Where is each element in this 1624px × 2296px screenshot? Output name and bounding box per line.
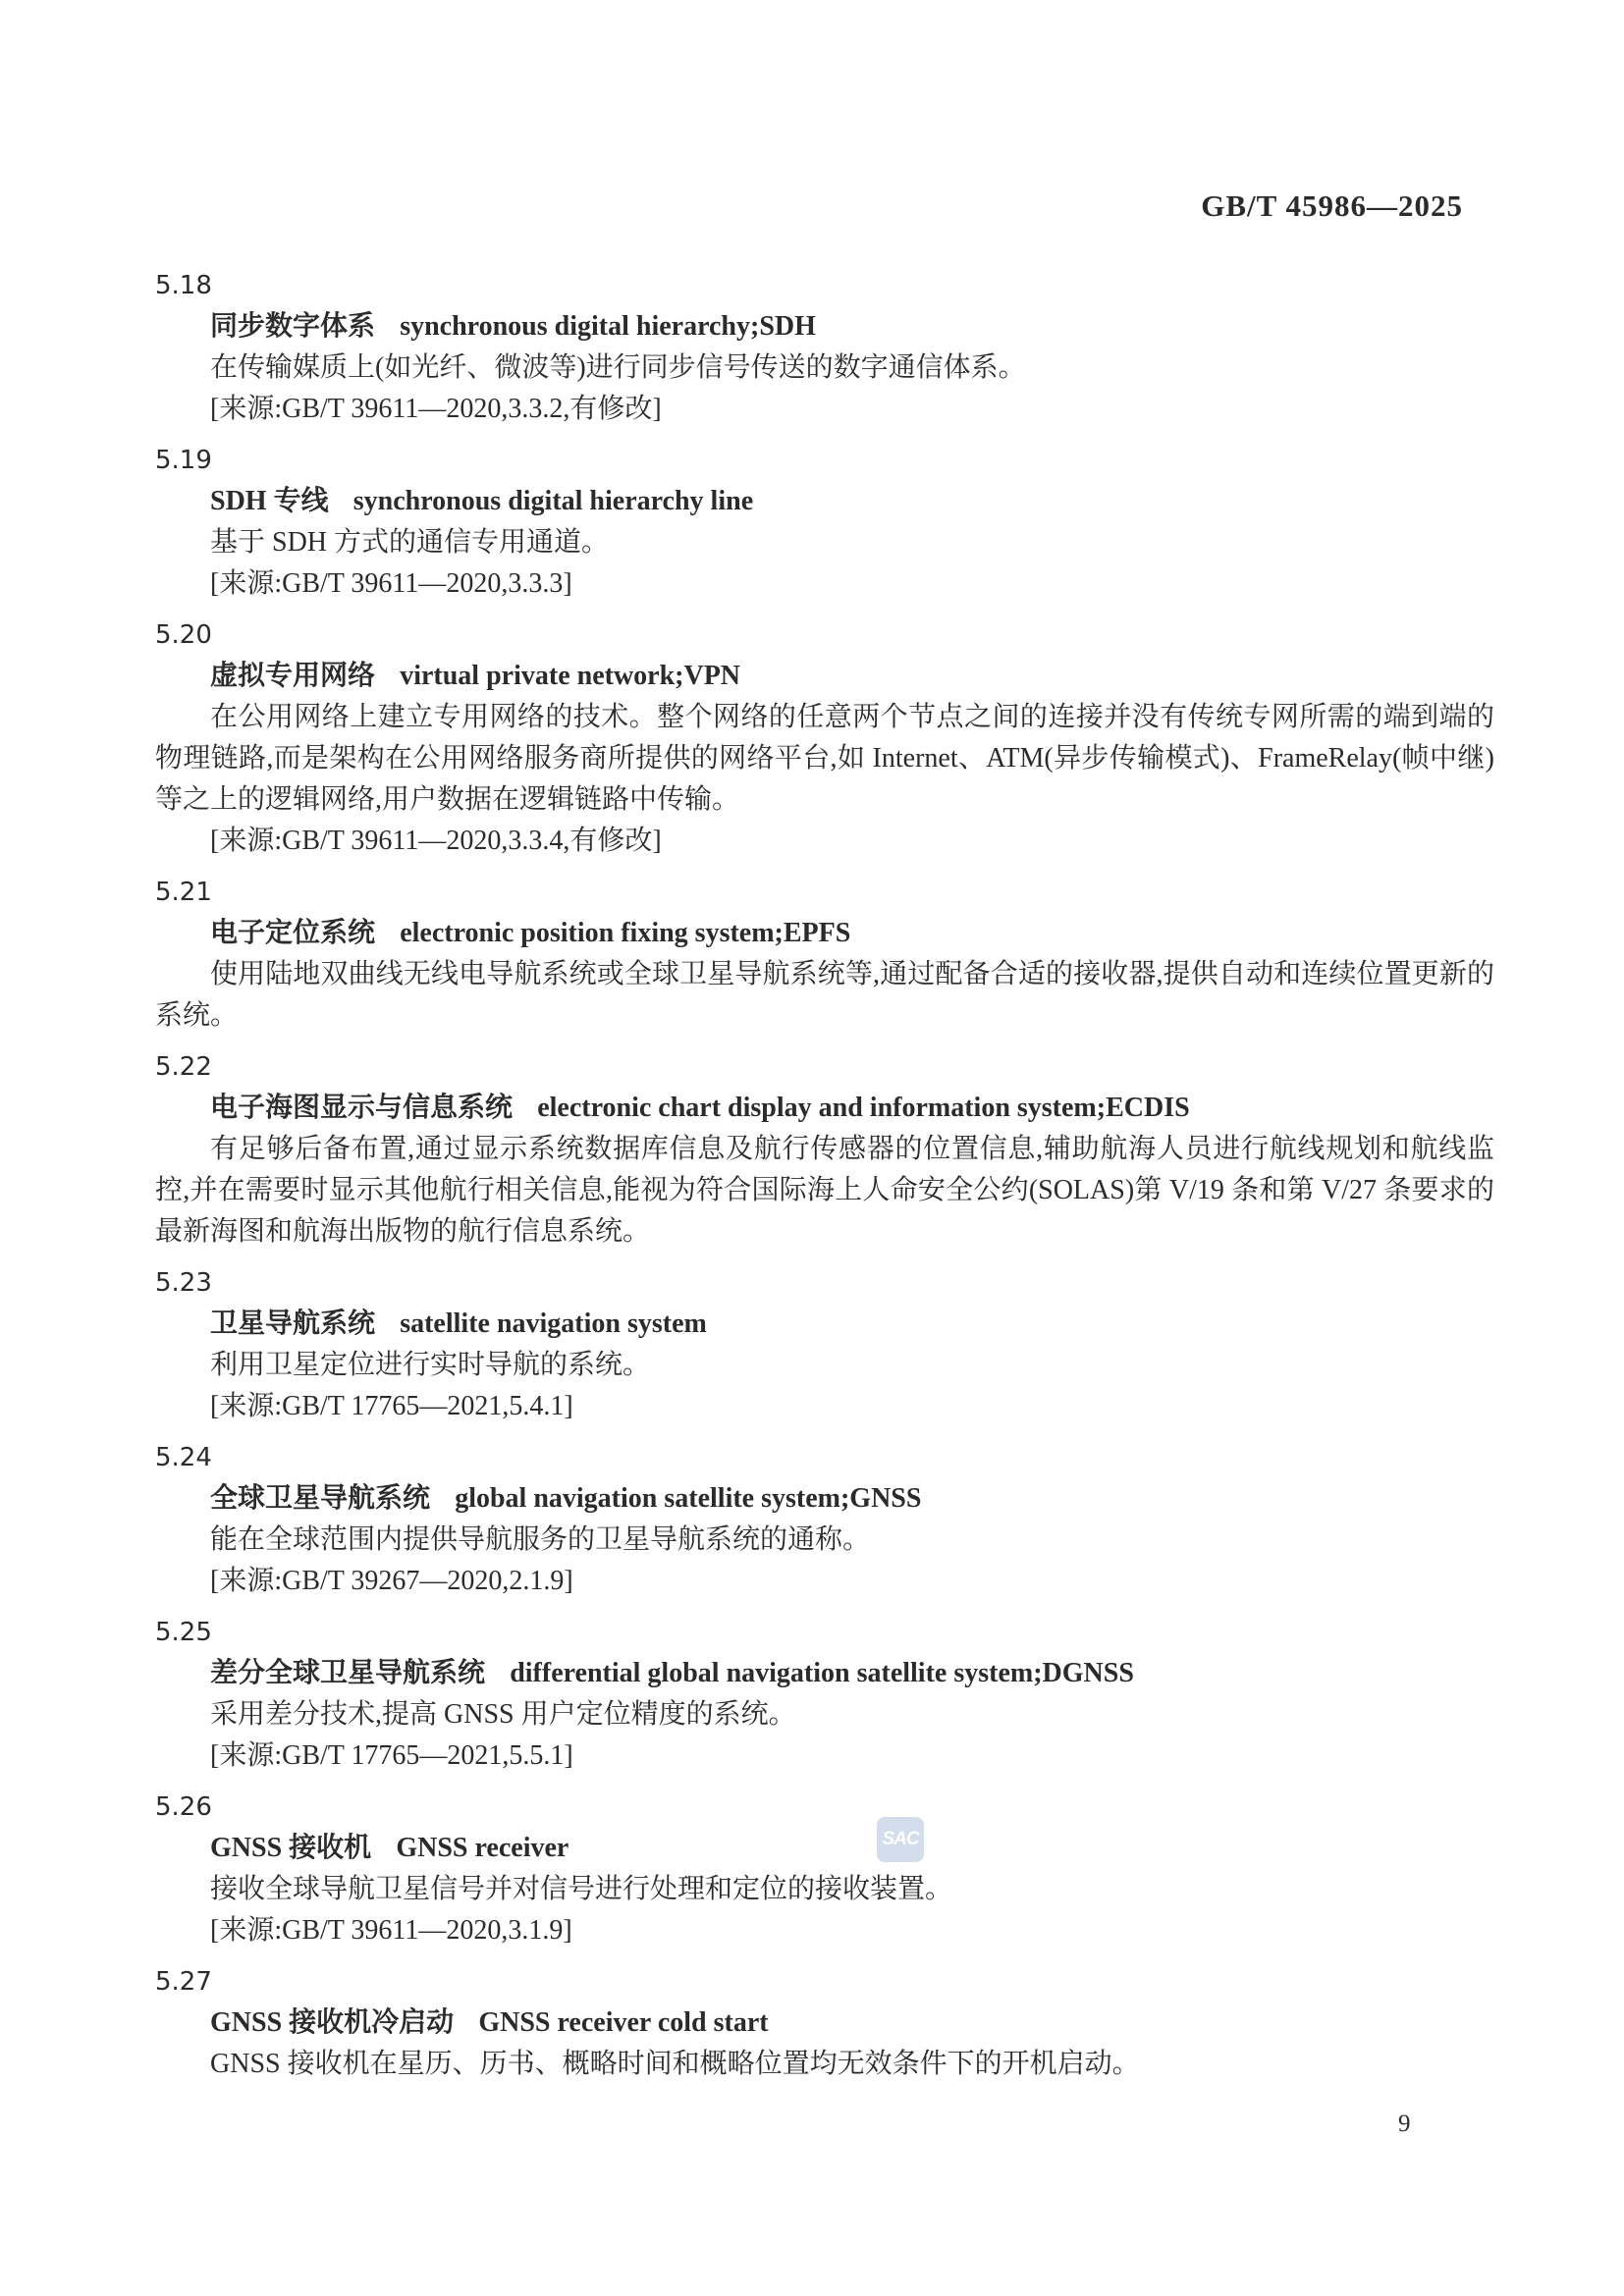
term-line: GNSS 接收机GNSS receiver: [155, 1828, 1494, 1869]
section-number: 5.18: [155, 265, 1494, 306]
term-definition: 利用卫星定位进行实时导航的系统。: [155, 1345, 1494, 1386]
term-definition: 基于 SDH 方式的通信专用通道。: [155, 522, 1494, 563]
term-section: 5.18同步数字体系synchronous digital hierarchy;…: [155, 265, 1494, 430]
term-english: GNSS receiver: [396, 1833, 568, 1863]
term-section: 5.27GNSS 接收机冷启动GNSS receiver cold startG…: [155, 1961, 1494, 2085]
term-section: 5.23卫星导航系统satellite navigation system利用卫…: [155, 1262, 1494, 1427]
term-line: 虚拟专用网络virtual private network;VPN: [155, 656, 1494, 697]
term-chinese: 虚拟专用网络: [210, 661, 375, 691]
term-section: 5.20虚拟专用网络virtual private network;VPN在公用…: [155, 614, 1494, 862]
term-english: global navigation satellite system;GNSS: [455, 1483, 921, 1514]
section-number: 5.21: [155, 872, 1494, 913]
term-definition: 使用陆地双曲线无线电导航系统或全球卫星导航系统等,通过配备合适的接收器,提供自动…: [155, 954, 1494, 1037]
term-source: [来源:GB/T 39611—2020,3.3.3]: [155, 563, 1494, 605]
term-chinese: GNSS 接收机: [210, 1833, 371, 1863]
term-chinese: 电子海图显示与信息系统: [210, 1093, 513, 1123]
term-chinese: 电子定位系统: [210, 918, 375, 948]
section-number: 5.22: [155, 1046, 1494, 1088]
term-source: [来源:GB/T 39267—2020,2.1.9]: [155, 1561, 1494, 1602]
term-section: 5.22电子海图显示与信息系统electronic chart display …: [155, 1046, 1494, 1253]
term-source: [来源:GB/T 39611—2020,3.1.9]: [155, 1910, 1494, 1951]
term-line: 同步数字体系synchronous digital hierarchy;SDH: [155, 306, 1494, 347]
section-number: 5.25: [155, 1612, 1494, 1653]
term-source: [来源:GB/T 39611—2020,3.3.2,有修改]: [155, 389, 1494, 430]
term-english: electronic position fixing system;EPFS: [400, 918, 850, 948]
term-line: 卫星导航系统satellite navigation system: [155, 1304, 1494, 1345]
section-number: 5.26: [155, 1787, 1494, 1828]
term-definition: 能在全球范围内提供导航服务的卫星导航系统的通称。: [155, 1520, 1494, 1561]
term-line: GNSS 接收机冷启动GNSS receiver cold start: [155, 2002, 1494, 2044]
section-number: 5.24: [155, 1437, 1494, 1478]
term-section: 5.24全球卫星导航系统global navigation satellite …: [155, 1437, 1494, 1602]
term-section: 5.21电子定位系统electronic position fixing sys…: [155, 872, 1494, 1037]
term-source: [来源:GB/T 17765—2021,5.4.1]: [155, 1386, 1494, 1427]
term-section: 5.19SDH 专线synchronous digital hierarchy …: [155, 440, 1494, 605]
document-header: GB/T 45986—2025: [1201, 188, 1463, 224]
term-english: satellite navigation system: [400, 1308, 707, 1339]
term-section: 5.25差分全球卫星导航系统differential global naviga…: [155, 1612, 1494, 1777]
section-number: 5.19: [155, 440, 1494, 481]
term-english: GNSS receiver cold start: [478, 2007, 768, 2038]
term-section: 5.26GNSS 接收机GNSS receiver接收全球导航卫星信号并对信号进…: [155, 1787, 1494, 1951]
term-english: synchronous digital hierarchy line: [353, 486, 753, 516]
terms-content: 5.18同步数字体系synchronous digital hierarchy;…: [155, 265, 1494, 2085]
term-line: 电子海图显示与信息系统electronic chart display and …: [155, 1088, 1494, 1129]
term-source: [来源:GB/T 17765—2021,5.5.1]: [155, 1735, 1494, 1777]
term-definition: 采用差分技术,提高 GNSS 用户定位精度的系统。: [155, 1694, 1494, 1735]
term-line: SDH 专线synchronous digital hierarchy line: [155, 481, 1494, 522]
term-line: 电子定位系统electronic position fixing system;…: [155, 913, 1494, 954]
term-english: synchronous digital hierarchy;SDH: [400, 311, 816, 342]
term-english: electronic chart display and information…: [537, 1093, 1189, 1123]
section-number: 5.23: [155, 1262, 1494, 1304]
term-line: 差分全球卫星导航系统differential global navigation…: [155, 1653, 1494, 1694]
doc-number: GB/T 45986—2025: [1201, 188, 1463, 223]
term-chinese: SDH 专线: [210, 486, 329, 516]
term-chinese: 全球卫星导航系统: [210, 1483, 430, 1514]
term-definition: 有足够后备布置,通过显示系统数据库信息及航行传感器的位置信息,辅助航海人员进行航…: [155, 1129, 1494, 1253]
term-definition: 接收全球导航卫星信号并对信号进行处理和定位的接收装置。: [155, 1869, 1494, 1910]
term-source: [来源:GB/T 39611—2020,3.3.4,有修改]: [155, 821, 1494, 862]
term-chinese: 卫星导航系统: [210, 1308, 375, 1339]
term-english: differential global navigation satellite…: [510, 1658, 1134, 1688]
section-number: 5.27: [155, 1961, 1494, 2002]
term-english: virtual private network;VPN: [400, 661, 740, 691]
page-number: 9: [1398, 2110, 1411, 2138]
term-definition: 在公用网络上建立专用网络的技术。整个网络的任意两个节点之间的连接并没有传统专网所…: [155, 697, 1494, 821]
term-chinese: 差分全球卫星导航系统: [210, 1658, 485, 1688]
term-chinese: GNSS 接收机冷启动: [210, 2007, 454, 2038]
term-chinese: 同步数字体系: [210, 311, 375, 342]
term-line: 全球卫星导航系统global navigation satellite syst…: [155, 1478, 1494, 1520]
term-definition: GNSS 接收机在星历、历书、概略时间和概略位置均无效条件下的开机启动。: [155, 2044, 1494, 2085]
term-definition: 在传输媒质上(如光纤、微波等)进行同步信号传送的数字通信体系。: [155, 347, 1494, 389]
section-number: 5.20: [155, 614, 1494, 656]
